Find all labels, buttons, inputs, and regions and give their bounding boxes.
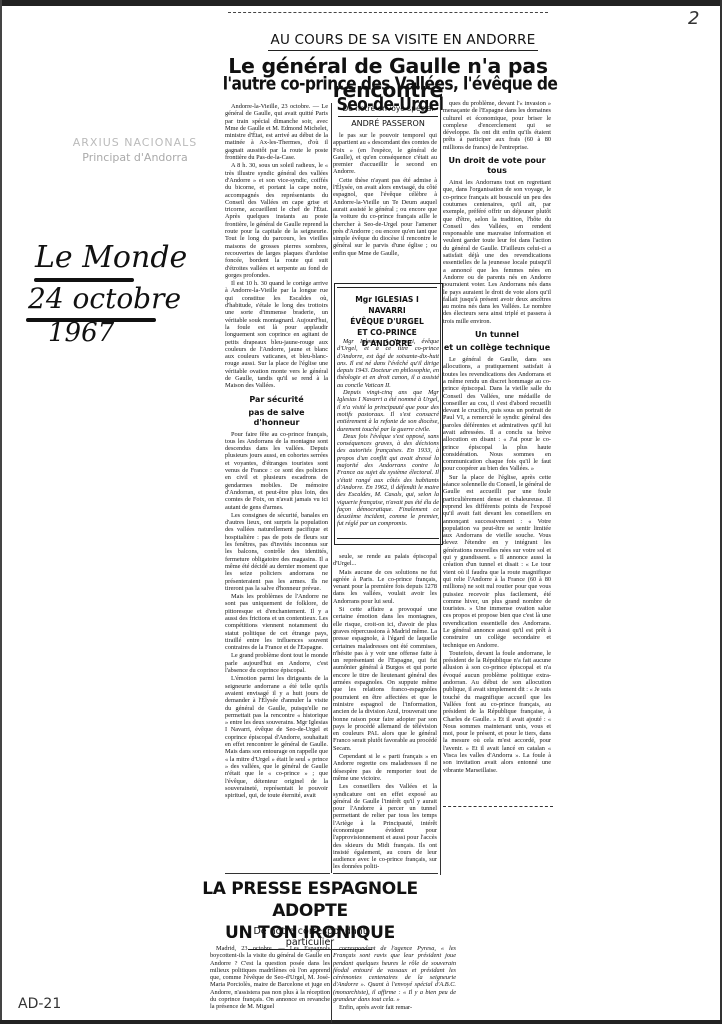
handwritten-date: 24 octobre — [28, 282, 181, 315]
paragraph: Deux fois l'évêque s'est opposé, sans co… — [337, 433, 439, 528]
byline-name: ANDRÉ PASSERON — [338, 116, 438, 128]
article-kicker: AU COURS DE SA VISITE EN ANDORRE — [268, 32, 538, 51]
subheading: Par sécurité — [225, 395, 328, 405]
paragraph: Les consignes de sécurité, banales en d'… — [225, 512, 328, 592]
paragraph: Les conseillers des Vallées et la syndic… — [333, 783, 437, 871]
second-article-column-2: correspondant de l'agence Pyresa, « les … — [333, 945, 456, 1023]
section-rule — [333, 873, 438, 874]
paragraph: Pour faire fête au co-prince français, t… — [225, 431, 328, 511]
scan-top-border — [0, 0, 722, 6]
article-column-2: le pas sur le pouvoir temporel qui appar… — [333, 132, 437, 282]
paragraph: correspondant de l'agence Pyresa, « les … — [333, 945, 456, 1003]
subheading: et un collège technique — [443, 343, 551, 353]
paragraph: Si cette affaire a provoqué une certaine… — [333, 606, 437, 752]
paragraph: Enfin, après avoir fait remar- — [333, 1004, 456, 1011]
page-number-annotation: 2 — [688, 8, 699, 29]
paragraph: Le grand problème dont tout le monde par… — [225, 652, 328, 674]
paragraph: Mais les problèmes de l'Andorre ne sont … — [225, 593, 328, 651]
paragraph: Cependant si le « parti français » en An… — [333, 753, 437, 782]
article-column-3: ques du problème, devant l'« invasion » … — [443, 100, 551, 800]
scan-left-border — [0, 0, 2, 1024]
article-column-2-continued: seule, se rende au palais épiscopal d'Ur… — [333, 553, 437, 873]
paragraph: ques du problème, devant l'« invasion » … — [443, 100, 551, 151]
paragraph: Toutefois, devant la foule andorrane, le… — [443, 650, 551, 774]
paragraph: Cette thèse n'ayant pas été admise à l'É… — [333, 177, 437, 257]
subheading: Un tunnel — [443, 330, 551, 340]
subheading: Un droit de vote pour tous — [443, 156, 551, 176]
sidebar-text: Mgr Iglesias I Navarri, évêque d'Urgel, … — [337, 338, 439, 539]
archive-stamp-line1: ARXIUS NACIONALS — [60, 136, 210, 149]
paragraph: le pas sur le pouvoir temporel qui appar… — [333, 132, 437, 176]
paragraph: Madrid, 23 octobre. — Les Espagnols boyc… — [210, 945, 330, 1011]
paragraph: Mais aucune de ces solutions ne fut agré… — [333, 569, 437, 605]
paragraph: Depuis vingt-cinq ans que Mgr Iglesias I… — [337, 389, 439, 433]
handwritten-source: Le Monde — [35, 240, 187, 275]
archive-stamp-line2: Principat d'Andorra — [60, 151, 210, 164]
sidebar-title-line2: ÉVÊQUE D'URGEL — [337, 316, 437, 327]
subheading: pas de salve d'honneur — [225, 408, 328, 428]
paragraph: A 8 h. 30, sous un soleil radieux, le « … — [225, 162, 328, 279]
paragraph: L'émotion parmi les dirigeants de la sei… — [225, 675, 328, 799]
second-headline-line1: LA PRESSE ESPAGNOLE ADOPTE — [165, 878, 455, 922]
handwritten-year: 1967 — [48, 318, 114, 348]
paragraph: Il est 10 h. 30 quand le cortège arrive … — [225, 280, 328, 389]
paragraph: Le général de Gaulle, dans ses allocutio… — [443, 356, 551, 473]
paragraph: Andorre-la-Vieille, 23 octobre. — Le gén… — [225, 103, 328, 161]
sidebar-title-line1: Mgr IGLESIAS I NAVARRI — [337, 294, 437, 316]
paragraph: Ainsi les Andorrans tout en regrettant q… — [443, 179, 551, 325]
second-article-column-1: Madrid, 23 octobre. — Les Espagnols boyc… — [210, 945, 330, 1023]
archive-stamp: ARXIUS NACIONALS Principat d'Andorra — [60, 136, 210, 164]
article-column-1: Andorre-la-Vieille, 23 octobre. — Le gén… — [225, 103, 328, 873]
section-rule — [225, 873, 330, 874]
paragraph: Mgr Iglesias I Navarri, évêque d'Urgel, … — [337, 338, 439, 389]
byline-intro: De notre envoyé spécial — [338, 104, 438, 113]
paragraph: Sur la place de l'église, après cette sé… — [443, 474, 551, 649]
scan-top-dashed-rule — [228, 12, 548, 15]
article-end-rule — [443, 806, 553, 808]
reference-code: AD-21 — [18, 996, 61, 1012]
column-rule — [331, 945, 332, 1023]
paragraph: seule, se rende au palais épiscopal d'Ur… — [333, 553, 437, 568]
column-rule — [331, 103, 332, 873]
